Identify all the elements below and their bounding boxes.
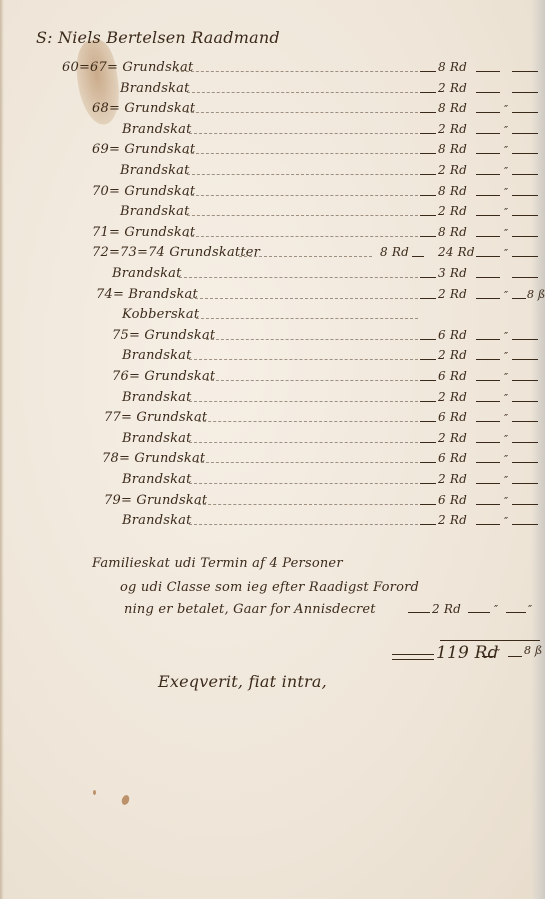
entry-label: 69= Grundskat [92,142,195,157]
entry-label: Brandskat [122,431,192,446]
leader-line [512,112,538,113]
dotted-leader [189,401,418,402]
leader-line [420,92,436,93]
entry-label: Brandskat [120,163,190,178]
entry-amount: 8 Rd [438,60,467,74]
leader-line [412,256,424,257]
closing-remark: Exeqverit, fiat intra, [158,672,327,691]
leader-line [420,339,436,340]
leader-line [512,195,538,196]
page-heading: S: Niels Bertelsen Raadmand [36,28,280,47]
entry-label: Brandskat [120,81,190,96]
entry-tail-1: ″ [504,227,508,240]
leader-line [512,236,538,237]
entry-label: 71= Grundskat [92,225,195,240]
leader-line [476,504,500,505]
leader-line [476,195,500,196]
leader-line [476,483,500,484]
leader-line [476,524,500,525]
dotted-leader [196,462,418,463]
leader-line [476,359,500,360]
dotted-leader [187,92,418,93]
leader-line [512,504,538,505]
entry-amount: 6 Rd [438,493,467,507]
ink-spot [93,790,96,795]
leader-line [512,359,538,360]
entry-label: 78= Grundskat [102,451,205,466]
leader-line [476,153,500,154]
leader-line [512,462,538,463]
note-tail-1: ″ [494,603,498,616]
leader-line [476,339,500,340]
dotted-leader [190,298,418,299]
leader-line [476,401,500,402]
note-amount: 2 Rd [432,602,461,616]
entry-label: Brandskat [122,390,192,405]
leader-line [476,215,500,216]
entry-amount: 3 Rd [438,266,467,280]
note-tail-2: ″ [528,603,532,616]
leader-line [420,153,436,154]
entry-pre-amount: 8 Rd [380,245,409,259]
entry-tail-1: ″ [504,392,508,405]
dotted-leader [179,277,418,278]
leader-line [476,92,500,93]
note-line-3: ning er betalet, Gaar for Annisdecret [124,602,376,617]
page-right-edge [531,0,545,899]
leader-line [420,174,436,175]
entry-amount: 2 Rd [438,204,467,218]
entry-label: Brandskat [122,472,192,487]
leader-line [512,256,538,257]
leader-line [476,298,500,299]
leader-line [476,256,500,257]
leader-line [476,174,500,175]
entry-amount: 24 Rd [438,245,475,259]
entry-amount: 2 Rd [438,122,467,136]
dotted-leader [186,153,418,154]
leader-line [476,133,500,134]
leader-line [482,656,494,657]
entry-label: 70= Grundskat [92,184,195,199]
dotted-leader [176,71,418,72]
entry-amount: 2 Rd [438,348,467,362]
leader-line [420,483,436,484]
dotted-leader [186,112,418,113]
entry-tail-1: ″ [504,371,508,384]
entry-label: Brandskat [120,204,190,219]
leader-line [512,380,538,381]
dotted-leader [189,483,418,484]
leader-line [512,153,538,154]
entry-amount: 8 Rd [438,225,467,239]
entry-tail-1: ″ [504,165,508,178]
leader-line [420,421,436,422]
entry-amount: 2 Rd [438,513,467,527]
leader-line [420,462,436,463]
leader-line [512,298,526,299]
leader-line [512,71,538,72]
entry-tail-1: ″ [504,289,508,302]
entry-tail-1: ″ [504,124,508,137]
entry-tail-1: ″ [504,474,508,487]
entry-amount: 2 Rd [438,163,467,177]
leader-line [420,359,436,360]
entry-tail-1: ″ [504,453,508,466]
leader-line [476,112,500,113]
leader-line [420,442,436,443]
leader-line [512,133,538,134]
leader-line [476,380,500,381]
entry-tail-1: ″ [504,330,508,343]
entry-label: 76= Grundskat [112,369,215,384]
entry-amount: 2 Rd [438,390,467,404]
total-amount: 119 Rd [436,643,499,663]
dotted-leader [186,236,418,237]
leader-line [420,504,436,505]
total-tail-2: 8 ß [524,644,542,657]
entry-label: Brandskat [122,513,192,528]
ink-spot [121,794,131,806]
entry-amount: 6 Rd [438,410,467,424]
leader-line [420,277,436,278]
dotted-leader [189,524,418,525]
entry-amount: 6 Rd [438,451,467,465]
leader-line [512,92,538,93]
leader-line [420,215,436,216]
leader-line [476,236,500,237]
dotted-leader [239,256,372,257]
page-binding-edge [0,0,4,899]
entry-tail-1: ″ [504,412,508,425]
leader-line [512,442,538,443]
entry-tail-1: ″ [504,103,508,116]
dotted-leader [186,195,418,196]
dotted-leader [196,318,418,319]
leader-line [476,71,500,72]
entry-amount: 8 Rd [438,101,467,115]
entry-tail-1: ″ [504,247,508,260]
entry-tail-1: ″ [504,495,508,508]
entry-amount: 6 Rd [438,369,467,383]
leader-line [508,656,522,657]
entry-amount: 2 Rd [438,287,467,301]
entry-label: Kobberskat [122,307,199,322]
leader-line [512,524,538,525]
entry-amount: 2 Rd [438,472,467,486]
entry-amount: 8 Rd [438,142,467,156]
total-tail-1: ″ [496,647,500,660]
entry-label: 74= Brandskat [96,287,198,302]
entry-label: Brandskat [112,266,182,281]
entry-label: 68= Grundskat [92,101,195,116]
dotted-leader [189,359,418,360]
entry-tail-1: ″ [504,350,508,363]
leader-line [420,112,436,113]
leader-line [512,215,538,216]
leader-line [476,462,500,463]
entry-label: 72=73=74 Grundskatter [92,245,260,260]
dotted-leader [206,339,418,340]
entry-label: 60=67= Grundskat [62,60,193,75]
entry-amount: 6 Rd [438,328,467,342]
leader-line [420,524,436,525]
leader-line [408,612,430,613]
entry-label: Brandskat [122,122,192,137]
leader-line [512,421,538,422]
dotted-leader [206,380,418,381]
leader-line [512,174,538,175]
entry-tail-1: ″ [504,206,508,219]
dotted-leader [187,174,418,175]
entry-tail-2: 8 ß [527,288,545,301]
leader-line [420,195,436,196]
leader-line [420,133,436,134]
entry-tail-1: ″ [504,515,508,528]
entry-tail-1: ″ [504,433,508,446]
entry-amount: 2 Rd [438,431,467,445]
dotted-leader [189,442,418,443]
entry-label: 79= Grundskat [104,493,207,508]
leader-line [512,483,538,484]
entry-amount: 8 Rd [438,184,467,198]
leader-line [506,612,526,613]
leader-line [512,277,538,278]
dotted-leader [198,504,418,505]
dotted-leader [198,421,418,422]
entry-label: 77= Grundskat [104,410,207,425]
entry-label: 75= Grundskat [112,328,215,343]
leader-line [476,277,500,278]
entry-amount: 2 Rd [438,81,467,95]
dotted-leader [189,133,418,134]
double-rule [392,654,434,660]
leader-line [468,612,490,613]
manuscript-page: S: Niels Bertelsen Raadmand 60=67= Grund… [0,0,545,899]
note-line-1: Familieskat udi Termin af 4 Personer [92,556,343,571]
dotted-leader [187,215,418,216]
leader-line [512,401,538,402]
leader-line [476,442,500,443]
leader-line [420,380,436,381]
total-overline [440,640,540,641]
leader-line [476,421,500,422]
leader-line [420,71,436,72]
leader-line [420,298,436,299]
leader-line [512,339,538,340]
leader-line [420,401,436,402]
entry-tail-1: ″ [504,186,508,199]
entry-label: Brandskat [122,348,192,363]
note-line-2: og udi Classe som ieg efter Raadigst For… [120,580,419,595]
leader-line [420,236,436,237]
entry-tail-1: ″ [504,144,508,157]
